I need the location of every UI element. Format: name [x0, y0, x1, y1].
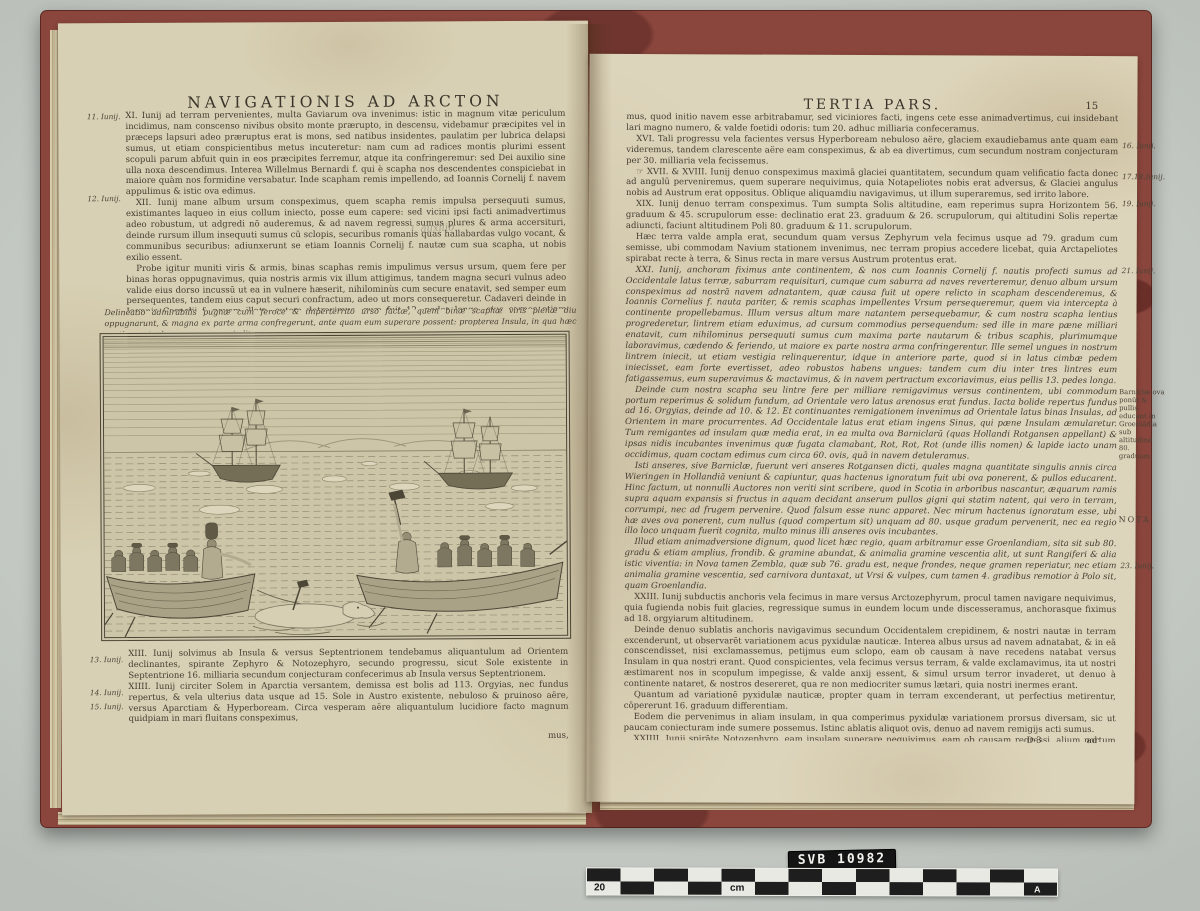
page-number: 15 [1085, 101, 1098, 112]
margin-note-date: 15. Iunij. [69, 703, 123, 712]
scale-end-letter: A [1034, 885, 1041, 895]
paragraph: XXIII. Iunij subductis anchoris vela fec… [624, 592, 1116, 627]
catchword-left: mus, [502, 731, 569, 741]
engraving-inner-border [103, 334, 569, 638]
photographic-scale-bar: 20 cm A [586, 867, 1058, 896]
paragraph: XIIII. Iunij circiter Solem in Aparctia … [128, 679, 568, 725]
margin-note-date: 11. Iunij. [66, 113, 120, 122]
margin-note-nota: NOTA [1119, 516, 1167, 525]
margin-note-date: 19. Iunij. [1122, 200, 1168, 209]
signature-mark: D 3 [1027, 736, 1042, 746]
bear-hunt-engraving [104, 335, 568, 637]
catchword-right: ad [1087, 736, 1098, 746]
engraving-frame [100, 331, 572, 641]
margin-note-date: 16. Iunij. [1122, 142, 1168, 151]
paragraph: Deinde denuo sublatis anchoris navigavim… [624, 625, 1116, 693]
paragraph: XIX. Iunij denuo terram conspeximus. Tum… [626, 199, 1118, 234]
paragraph: XII. Iunij mane album ursum conspeximus,… [126, 196, 566, 264]
margin-note-date: 21. Iunij. [1122, 267, 1168, 276]
bottom-text-block-left: XIII. Iunij solvimus ab Insula & versus … [128, 647, 568, 731]
scale-checker-row-top [587, 868, 1057, 882]
paragraph: Quantum ad variationē pyxidulæ nauticæ, … [624, 690, 1116, 714]
paragraph: Eodem die pervenimus in aliam insulam, i… [624, 712, 1116, 736]
scale-unit-label: cm [730, 883, 744, 894]
paragraph: Illud etiam animadversione dignum, quod … [624, 537, 1116, 594]
engraving-caption: Delineatio admirabilis pugnæ cum feroce … [104, 305, 576, 332]
paragraph: Isti anseres, sive Barniclæ, fuerunt ver… [625, 461, 1117, 539]
paragraph: XVI. Tali progressu vela facientes versu… [626, 134, 1118, 169]
scale-number-label: 20 [594, 882, 605, 893]
paragraph: Deinde cum nostra scapha seu lintre fere… [625, 385, 1117, 463]
paragraph: Hæc terra valde ampla erat, secundum qua… [626, 232, 1118, 267]
right-page: TERTIA PARS. 15 mus, quod initio navem e… [586, 54, 1137, 804]
paragraph: XI. Iunij ad terram pervenientes, multa … [125, 109, 565, 199]
left-page: NAVIGATIONIS AD ARCTON 11. Iunij. 12. Iu… [58, 21, 592, 816]
margin-note-date: 13. Iunij. [69, 656, 123, 665]
paragraph: XIII. Iunij solvimus ab Insula & versus … [128, 647, 568, 682]
paragraph: XXI. Iunij, anchoram fiximus ante contin… [625, 265, 1118, 387]
paragraph: XXIIII. Iunij spirāte Notozephyro, eam i… [624, 734, 1116, 742]
main-text-block-left: XI. Iunij ad terram pervenientes, multa … [125, 109, 566, 311]
scale-checker-row-bottom [587, 881, 1057, 895]
margin-note-date: 14. Iunij. [69, 689, 123, 698]
margin-note-date: 17.18.Iunij. [1122, 173, 1168, 182]
margin-note-date: 23. Iunij. [1120, 562, 1166, 571]
paragraph: ☞ XVII. & XVIII. Iunij denuo conspeximus… [626, 166, 1118, 201]
margin-note-date: 12. Iunij. [67, 195, 121, 204]
book-gutter-shadow [566, 24, 612, 812]
paragraph: mus, quod initio navem esse arbitrabamur… [626, 112, 1118, 136]
margin-side-note: Barniclæ ova ponūt & pullis educant in G… [1119, 388, 1165, 460]
main-text-block-right: mus, quod initio navem esse arbitrabamur… [624, 112, 1119, 742]
photograph-of-open-book: NAVIGATIONIS AD ARCTON 11. Iunij. 12. Iu… [0, 0, 1200, 911]
paragraph: Probe igitur muniti viris & armis, binas… [126, 261, 566, 311]
